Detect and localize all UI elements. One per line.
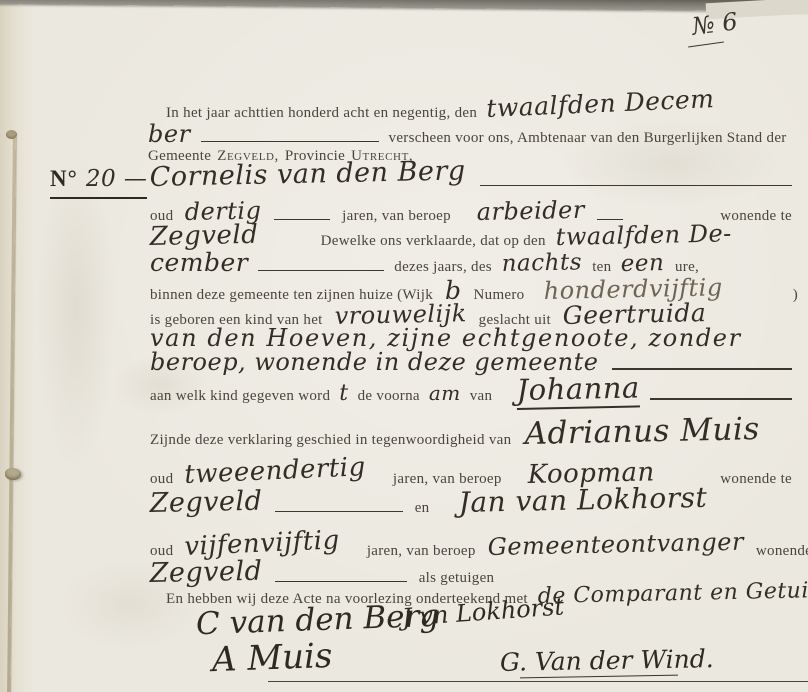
birth-hour: een: [621, 250, 665, 277]
declarant-name: Cornelis van den Berg: [149, 155, 466, 193]
blank-rule: [480, 174, 792, 186]
line-child-name: aan welk kind gegeven word t de voorna a…: [150, 373, 792, 410]
en-label: en: [415, 500, 430, 517]
line-witness-intro: Zijnde deze verklaring geschied in tegen…: [150, 416, 761, 452]
blank-rule: [258, 259, 384, 271]
printed-verscheen: verscheen voor ons, Ambtenaar van den Bu…: [389, 130, 787, 147]
witness1-name: Adrianus Muis: [525, 411, 761, 452]
witness-intro-printed: Zijnde deze verklaring geschied in tegen…: [150, 432, 511, 449]
birth-daypart: nachts: [501, 249, 582, 277]
page-stack-edge: [0, 0, 808, 12]
witness1-age: tweeendertig: [184, 452, 367, 490]
wonende-label: wonende te: [720, 471, 792, 488]
line-verscheen: ber verscheen voor ons, Ambtenaar van de…: [148, 120, 787, 148]
line-mother-occupation: beroep, wonende in deze gemeente: [150, 348, 792, 376]
birth-registration-date: twaalfden Decem: [486, 84, 715, 123]
line-declarant-name: Cornelis van den Berg: [150, 162, 792, 193]
folio-number: № 6: [690, 7, 739, 40]
blank-rule: [650, 387, 792, 400]
naam-printed-3: van: [470, 388, 493, 405]
binding-knot-middle: [5, 468, 21, 480]
closing-handwritten: de Comparant en Getuigen: [537, 577, 808, 609]
naam-printed-2: de voorna: [358, 388, 420, 405]
folio-number-underline: [688, 41, 724, 47]
blank-rule: [275, 500, 403, 512]
wonende-label: wonende te: [756, 543, 808, 560]
hw-letter-t: t: [339, 381, 348, 406]
closing-paren: ): [793, 287, 798, 304]
hw-am: am: [429, 381, 461, 405]
naam-printed-1: aan welk kind gegeven word: [150, 388, 330, 405]
birth-date-continuation: cember: [150, 248, 248, 277]
ten-label: ten: [592, 259, 611, 276]
date-continuation: ber: [148, 120, 191, 148]
witness2-occupation: Gemeenteontvanger: [487, 528, 744, 561]
witness1-residence: Zegveld: [149, 486, 262, 519]
signature-witness1: A Muis: [211, 636, 333, 680]
blank-rule: [597, 208, 623, 220]
birth-certificate-scan: № 6 N° 20 — In het jaar achttien honderd…: [0, 0, 808, 692]
birth-date: twaalfden De-: [555, 219, 732, 251]
binding-cord: [7, 133, 16, 692]
binding-knot-top: [6, 130, 17, 139]
signature-registrar: G. Van der Wind.: [500, 644, 714, 677]
line-year-date: In het jaar achttien honderd acht en neg…: [166, 94, 715, 123]
blank-rule: [612, 357, 792, 370]
record-number-value: 20 —: [86, 166, 148, 192]
blank-rule: [201, 130, 379, 142]
line-witness1-residence: Zegveld en Jan van Lokhorst: [150, 486, 708, 519]
blank-rule: [275, 570, 407, 582]
record-number-label: N°: [50, 166, 78, 192]
child-name: Johanna: [517, 370, 641, 410]
blank-rule: [274, 208, 330, 220]
act-separator-rule: [268, 681, 808, 682]
witness2-name: Jan van Lokhorst: [459, 481, 708, 519]
line-birth-time: cember dezes jaars, des nachts ten een u…: [150, 248, 699, 277]
record-number: N° 20 —: [50, 166, 147, 199]
dezes-printed: dezes jaars, des: [394, 259, 492, 276]
